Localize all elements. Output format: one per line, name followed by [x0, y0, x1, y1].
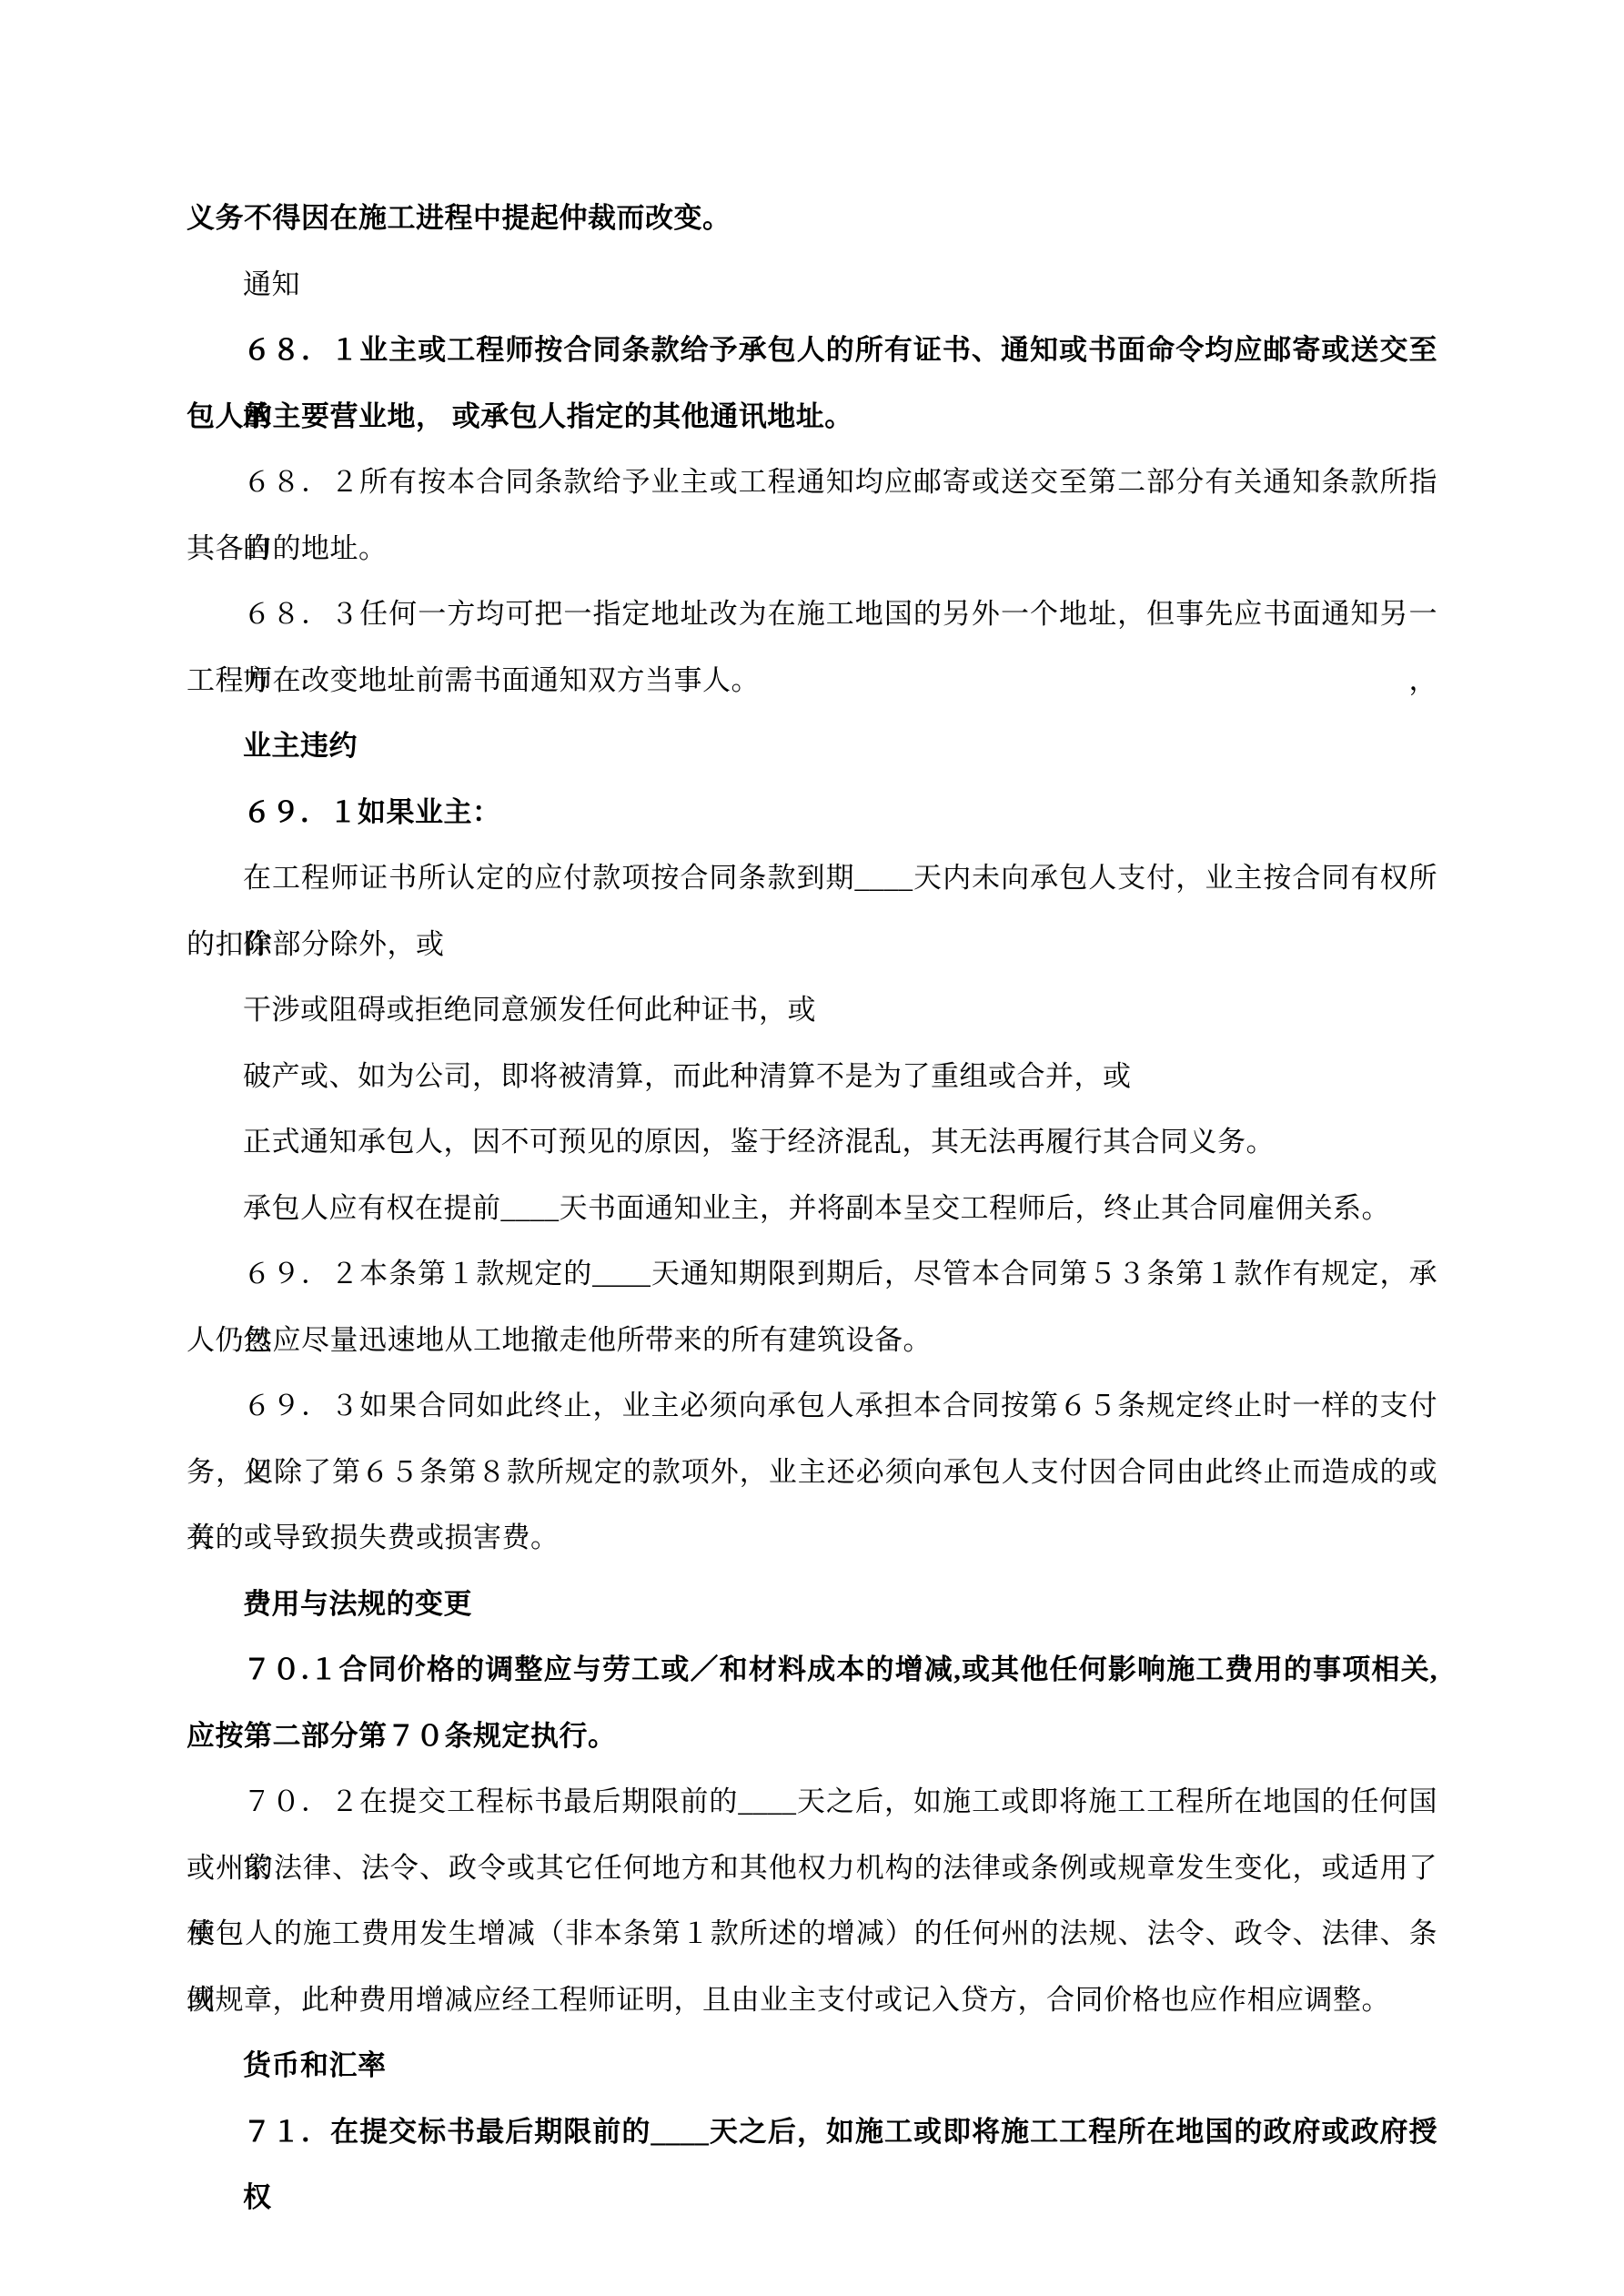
document-line: ６８．３任何一方均可把一指定地址改为在施工地国的另外一个地址，但事先应书面通知另…: [187, 582, 1437, 648]
document-line: 通知: [187, 252, 1437, 319]
document-page: 义务不得因在施工进程中提起仲裁而改变。通知６８．１业主或工程师按合同条款给予承包…: [0, 0, 1624, 2296]
document-line: 其各自的地址。: [187, 516, 1437, 582]
document-line: 货币和汇率: [187, 2033, 1437, 2099]
document-line: 包人的主要营业地， 或承包人指定的其他通讯地址。: [187, 384, 1437, 450]
document-line: 干涉或阻碍或拒绝同意颁发任何此种证书，或: [187, 977, 1437, 1044]
document-line: 费用与法规的变更: [187, 1572, 1437, 1638]
document-line: 义务不得因在施工进程中提起仲裁而改变。: [187, 186, 1437, 252]
document-line: 或州的法律、法令、政令或其它任何地方和其他权力机构的法律或条例或规章发生变化，或…: [187, 1836, 1437, 1902]
document-line: ６８．２所有按本合同条款给予业主或工程通知均应邮寄或送交至第二部分有关通知条款所…: [187, 450, 1437, 516]
document-text-block: 义务不得因在施工进程中提起仲裁而改变。通知６８．１业主或工程师按合同条款给予承包…: [187, 186, 1437, 2165]
document-line: 的扣除部分除外，或: [187, 912, 1437, 978]
document-line: 业主违约: [187, 713, 1437, 780]
document-line: 务，但除了第６５条第８款所规定的款项外，业主还必须向承包人支付因合同由此终止而造…: [187, 1440, 1437, 1506]
document-line: ７０．２在提交工程标书最后期限前的____天之后，如施工或即将施工工程所在地国的…: [187, 1769, 1437, 1836]
document-line: ６９．１如果业主：: [187, 780, 1437, 846]
document-line: 正式通知承包人，因不可预见的原因，鉴于经济混乱，其无法再履行其合同义务。: [187, 1109, 1437, 1176]
document-line: ７１．在提交标书最后期限前的____天之后，如施工或即将施工工程所在地国的政府或…: [187, 2099, 1437, 2166]
document-line: 或规章，此种费用增减应经工程师证明，且由业主支付或记入贷方，合同价格也应作相应调…: [187, 1967, 1437, 2034]
document-line: 承包人的施工费用发生增减（非本条第１款所述的增减）的任何州的法规、法令、政令、法…: [187, 1901, 1437, 1967]
document-line: 应按第二部分第７０条规定执行。: [187, 1704, 1437, 1770]
document-line: 在工程师证书所认定的应付款项按合同条款到期____天内未向承包人支付，业主按合同…: [187, 845, 1437, 912]
document-line: ７０.１合同价格的调整应与劳工或／和材料成本的增减,或其他任何影响施工费用的事项…: [187, 1637, 1437, 1704]
document-line: ６９．３如果合同如此终止，业主必须向承包人承担本合同按第６５条规定终止时一样的支…: [187, 1373, 1437, 1440]
document-line: 破产或、如为公司，即将被清算，而此种清算不是为了重组或合并，或: [187, 1044, 1437, 1110]
document-line: 人仍然应尽量迅速地从工地撤走他所带来的所有建筑设备。: [187, 1308, 1437, 1374]
document-line: ６８．１业主或工程师按合同条款给予承包人的所有证书、通知或书面命令均应邮寄或送交…: [187, 318, 1437, 384]
document-line: 承包人应有权在提前____天书面通知业主，并将副本呈交工程师后，终止其合同雇佣关…: [187, 1176, 1437, 1242]
document-line: 关的或导致损失费或损害费。: [187, 1505, 1437, 1572]
document-line: ６９．２本条第１款规定的____天通知期限到期后，尽管本合同第５３条第１款作有规…: [187, 1241, 1437, 1308]
